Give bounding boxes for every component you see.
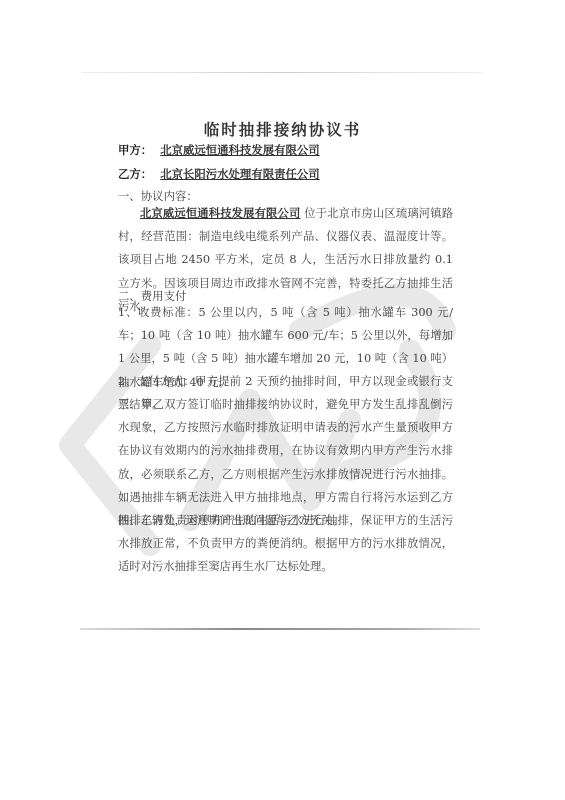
section1-company: 北京威远恒通科技发展有限公司 <box>140 206 300 220</box>
party-b-line: 乙方：北京长阳污水处理有限责任公司 <box>118 166 320 182</box>
party-a-label: 甲方： <box>118 143 152 157</box>
top-rule <box>82 72 482 73</box>
party-a-line: 甲方：北京威远恒通科技发展有限公司 <box>118 142 320 158</box>
party-b-label: 乙方： <box>118 167 152 181</box>
bottom-rule <box>80 628 480 630</box>
party-b-name: 北京长阳污水处理有限责任公司 <box>160 167 319 181</box>
section4-body: 四、乙方负责对甲方产生的生活污水进行抽排，保证甲方的生活污水排放正常，不负责甲方… <box>118 509 453 579</box>
party-a-name: 北京威远恒通科技发展有限公司 <box>160 143 319 157</box>
document-title: 临时抽排接纳协议书 <box>0 118 565 140</box>
